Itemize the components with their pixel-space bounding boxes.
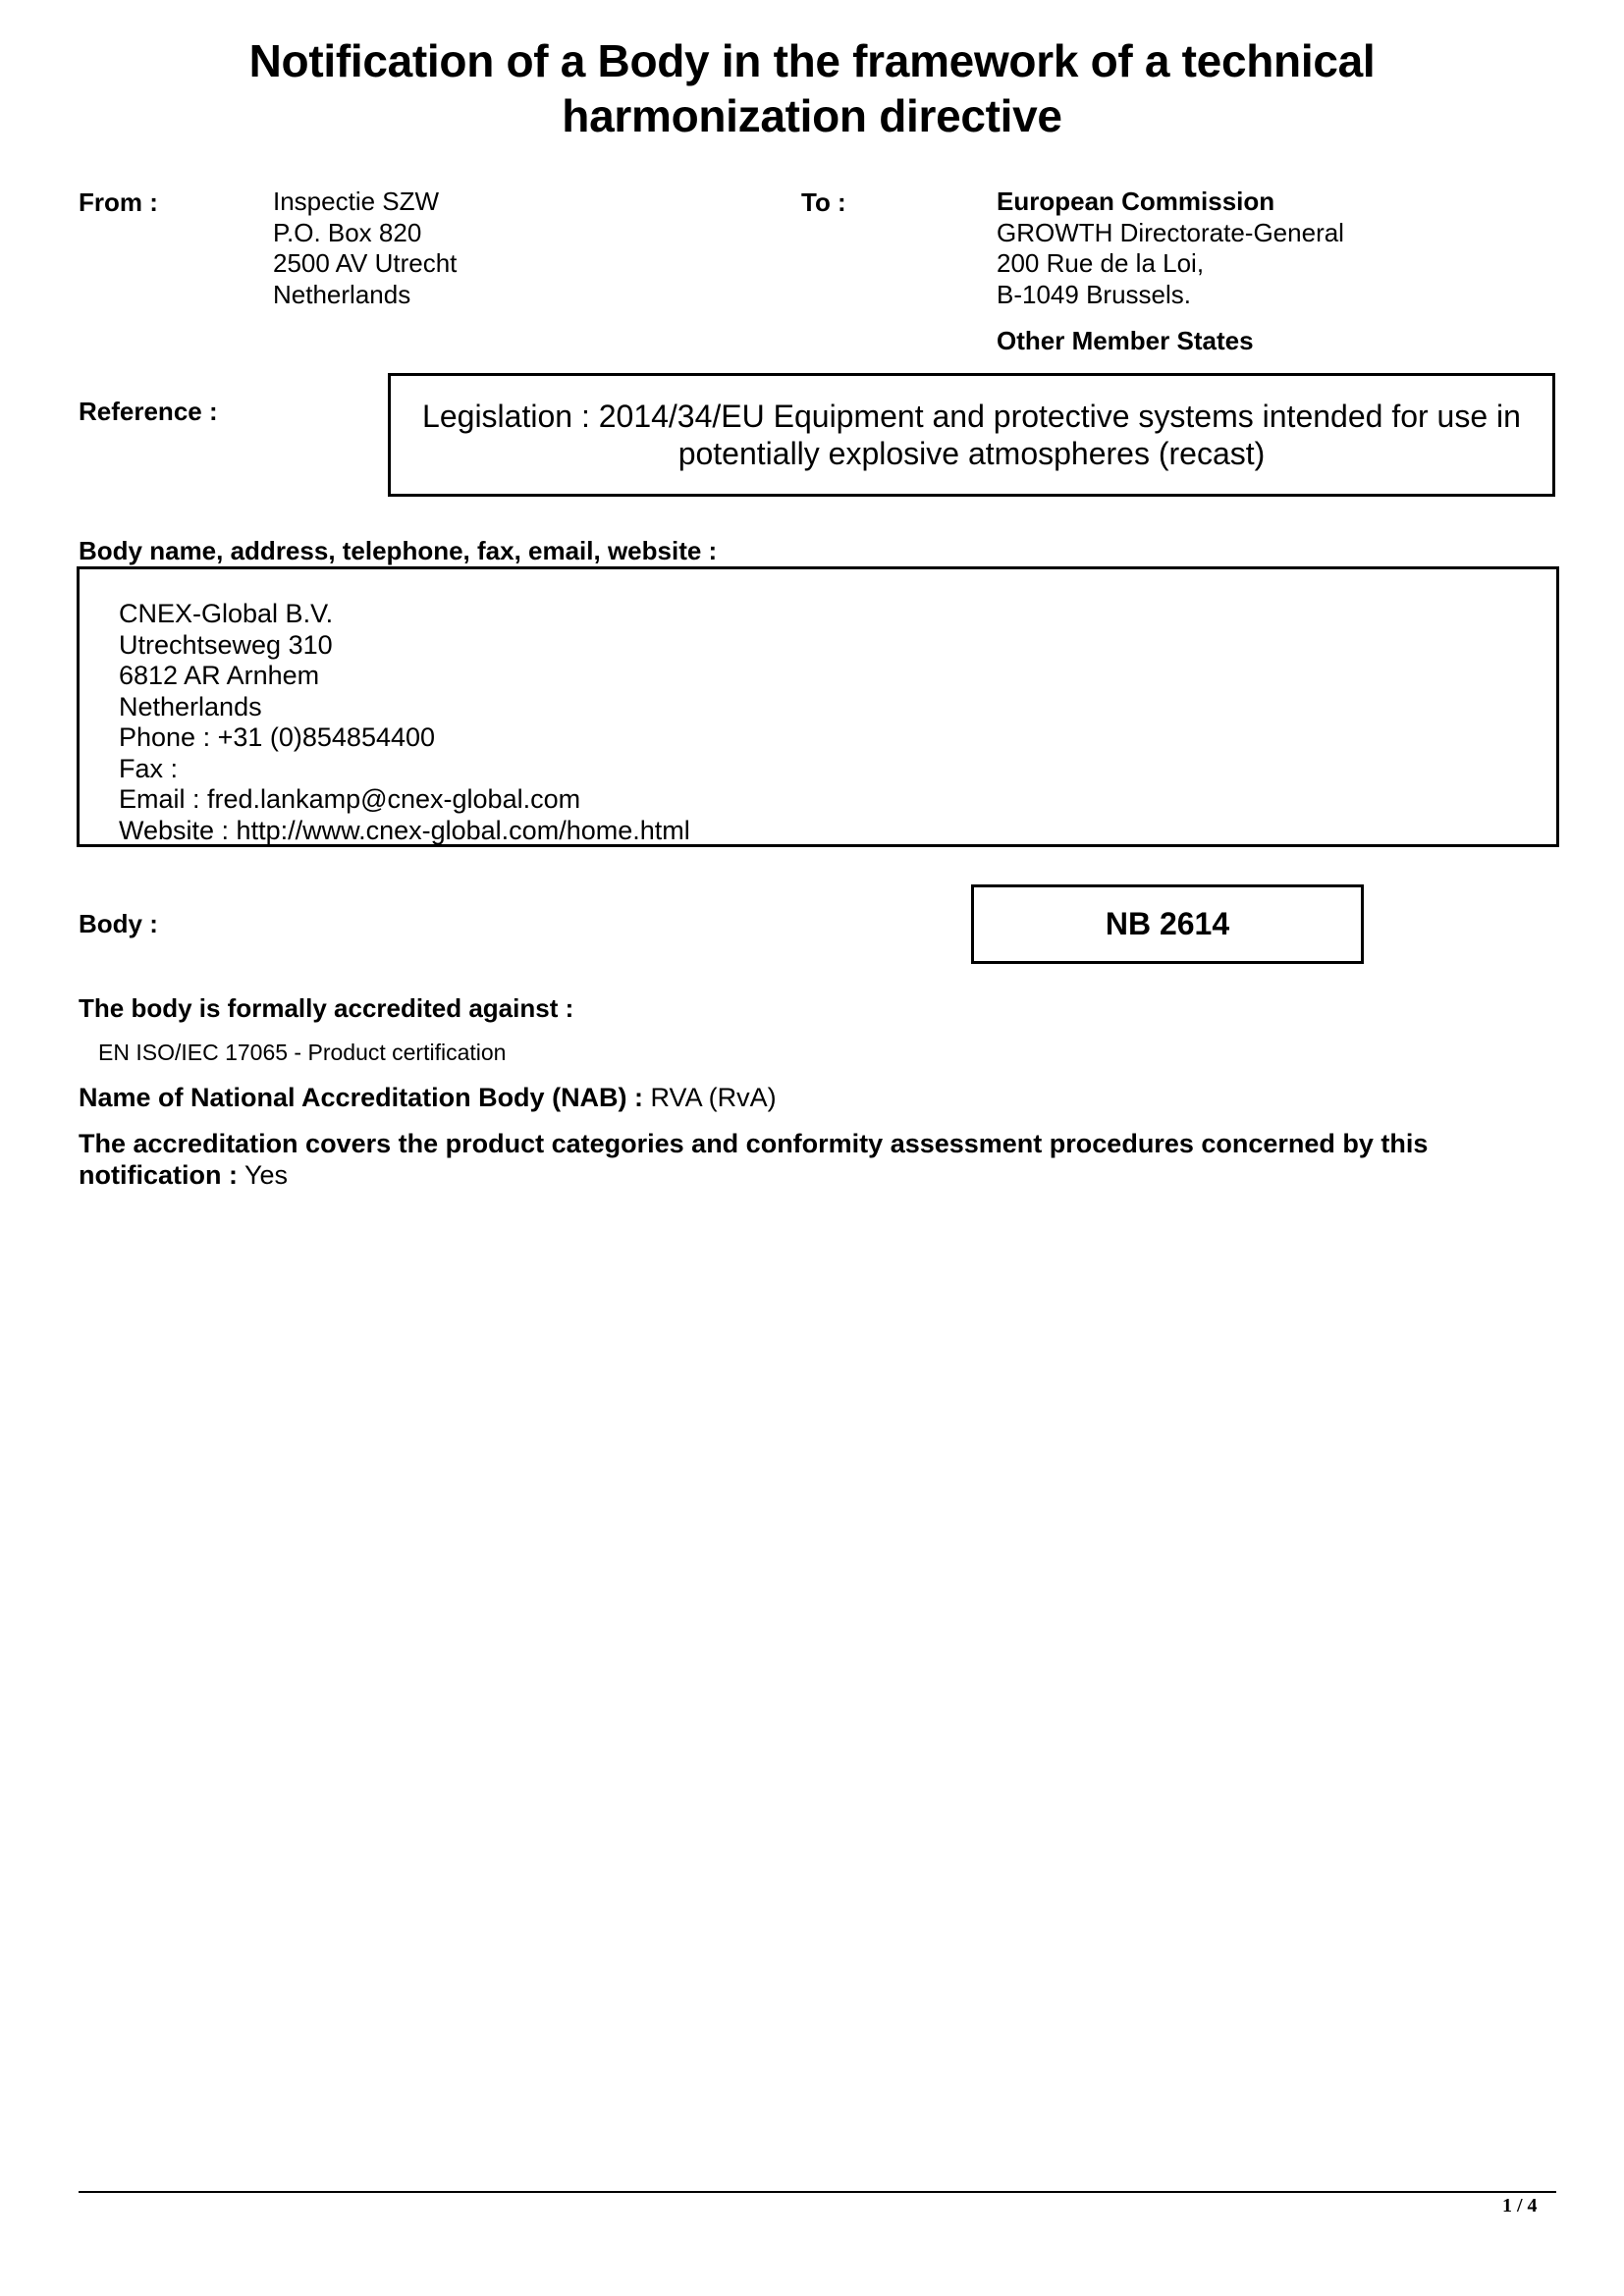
nab-value: RVA (RvA)	[643, 1083, 777, 1112]
from-address: Inspectie SZW P.O. Box 820 2500 AV Utrec…	[273, 187, 457, 310]
body-contact-label: Body name, address, telephone, fax, emai…	[79, 535, 717, 566]
body-street: Utrechtseweg 310	[119, 630, 1556, 662]
footer-divider	[79, 2191, 1556, 2193]
body-name: CNEX-Global B.V.	[119, 599, 1556, 630]
nab-line: Name of National Accreditation Body (NAB…	[79, 1082, 777, 1113]
notified-body-number: NB 2614	[971, 884, 1364, 964]
reference-box: Legislation : 2014/34/EU Equipment and p…	[388, 373, 1555, 497]
to-line: B-1049 Brussels.	[997, 280, 1344, 311]
body-email: Email : fred.lankamp@cnex-global.com	[119, 784, 1556, 816]
to-address: European Commission GROWTH Directorate-G…	[997, 187, 1344, 310]
body-postcode-city: 6812 AR Arnhem	[119, 661, 1556, 692]
to-line: European Commission	[997, 187, 1344, 218]
body-fax: Fax :	[119, 754, 1556, 785]
from-line: Netherlands	[273, 280, 457, 311]
from-label: From :	[79, 187, 158, 218]
to-line: 200 Rue de la Loi,	[997, 248, 1344, 280]
covers-value: Yes	[238, 1160, 288, 1190]
accreditation-label: The body is formally accredited against …	[79, 992, 573, 1024]
title-line-1: Notification of a Body in the framework …	[0, 33, 1624, 88]
body-website: Website : http://www.cnex-global.com/hom…	[119, 816, 1556, 847]
accreditation-covers: The accreditation covers the product cat…	[79, 1128, 1551, 1191]
from-line: 2500 AV Utrecht	[273, 248, 457, 280]
title-line-2: harmonization directive	[0, 88, 1624, 143]
reference-label: Reference :	[79, 396, 218, 427]
page-number: 1 / 4	[1502, 2195, 1538, 2217]
accreditation-standard: EN ISO/IEC 17065 - Product certification	[98, 1039, 506, 1066]
nab-label: Name of National Accreditation Body (NAB…	[79, 1083, 643, 1112]
document-title: Notification of a Body in the framework …	[0, 33, 1624, 143]
from-line: P.O. Box 820	[273, 218, 457, 249]
to-label: To :	[801, 187, 846, 218]
other-member-states: Other Member States	[997, 326, 1254, 356]
reference-line-1: Legislation : 2014/34/EU Equipment and p…	[391, 398, 1552, 435]
reference-line-2: potentially explosive atmospheres (recas…	[391, 435, 1552, 472]
to-line: GROWTH Directorate-General	[997, 218, 1344, 249]
body-phone: Phone : +31 (0)854854400	[119, 722, 1556, 754]
from-line: Inspectie SZW	[273, 187, 457, 218]
body-label: Body :	[79, 908, 158, 939]
body-contact-box: CNEX-Global B.V. Utrechtseweg 310 6812 A…	[77, 566, 1559, 847]
body-country: Netherlands	[119, 692, 1556, 723]
